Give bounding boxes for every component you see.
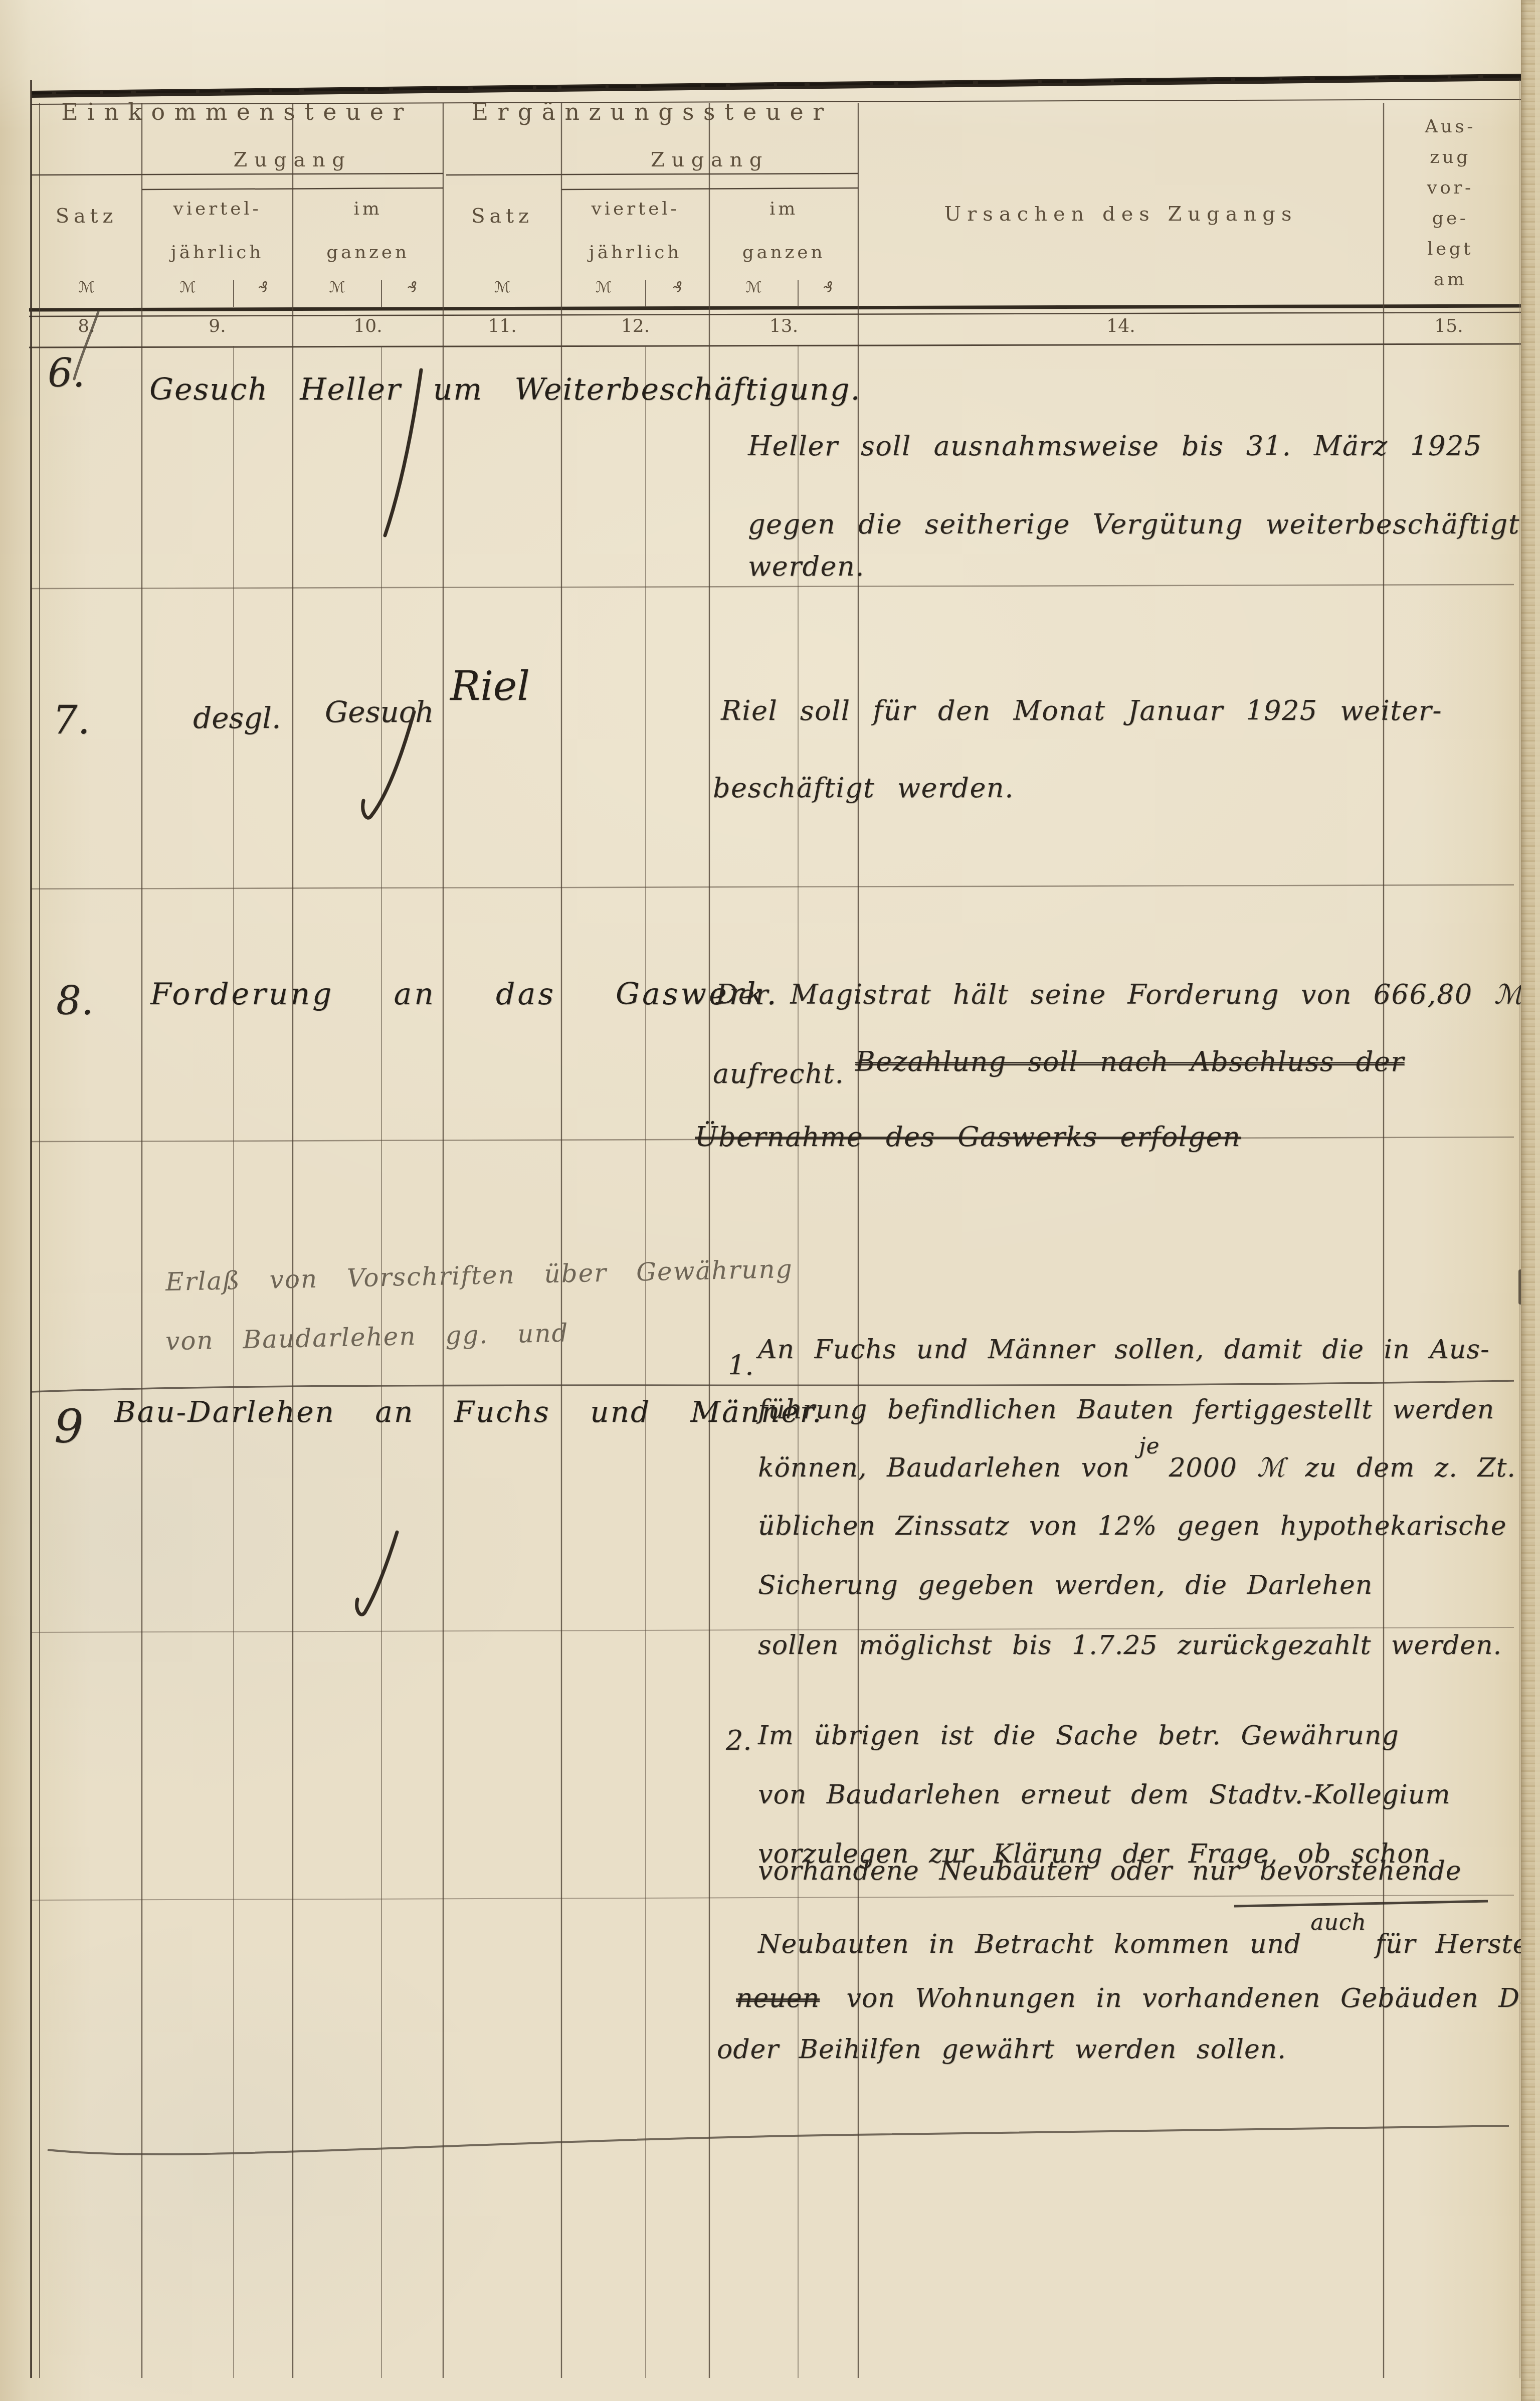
column-number-11: 11. [443,316,561,336]
row9-item2-line5: Neubauten in Betracht kommen undauchfür … [758,1929,1540,1959]
pfennig-symbol: ₰ [798,279,858,296]
item1-line3-end: 2000 ℳ zu dem z. Zt. [1169,1453,1516,1483]
row6-cause-line2: gegen die seitherige Vergütung weiterbes… [748,508,1520,540]
row9-item1-line2: führung befindlichen Bauten fertiggestel… [758,1395,1494,1425]
row-separator [31,885,1514,889]
header-vierteljaehrlich-2: viertel- jährlich [561,199,709,263]
row9-pencil-note-line1: Erlaß von Vorschriften über Gewährung [165,1254,794,1297]
header-zugang-2: Zugang [561,148,858,171]
row9-item2-marker: 2. [726,1725,752,1756]
viertel-line1: viertel- [561,199,709,219]
item2-line5-end: für Herstellung [1376,1929,1540,1959]
header-einkommensteuer: Einkommensteuer [31,98,443,125]
group2-underline [446,173,858,175]
item1-line3-insert: je [1139,1433,1160,1459]
auszug-line: zug [1387,142,1514,172]
item2-line6-struck: neuen [736,1983,820,2013]
row6-entry: Gesuch Heller um Weiterbeschäftigung. [149,372,861,407]
row9-item1-marker: 1. [728,1350,754,1381]
row6-number: 6. [48,351,85,396]
viertel-line1: viertel- [142,199,293,219]
row7-entry-word: Gesuch [325,695,434,729]
column-number-8: 8. [31,316,142,336]
row7-entry-name: Riel [450,663,530,709]
row9-item2-line6: neuen von Wohnungen in vorhandenen Gebäu… [736,1983,1540,2013]
mark-symbol: ℳ [293,279,381,296]
item2-line5-start: Neubauten in Betracht kommen und [758,1929,1301,1959]
auszug-line: Aus- [1387,111,1514,142]
row9-item2-line2: von Baudarlehen erneut dem Stadtv.-Kolle… [758,1780,1450,1810]
item2-line6-rest: von Wohnungen in vorhandenen Gebäuden Da… [847,1983,1540,2013]
ganzen-line1: im [709,199,858,219]
zugang2-underline [561,188,858,190]
item2-line5-insert: auch [1310,1910,1367,1935]
row7-cause-line2: beschäftigt werden. [713,772,1014,804]
mark-symbol: ℳ [709,279,798,296]
row6-cause-line1: Heller soll ausnahmsweise bis 31. März 1… [748,430,1482,462]
row8-cause-line2-struck: Bezahlung soll nach Abschluss der [855,1046,1404,1077]
mark-symbol: ℳ [142,279,234,296]
top-heavy-rule [31,77,1524,94]
auszug-line: vor- [1387,172,1514,203]
pfennig-symbol: ₰ [381,279,443,296]
header-satz-2: Satz [443,205,561,228]
item1-line3-start: können, Baudarlehen von [758,1453,1130,1483]
row8-cause-line1: Der Magistrat hält seine Forderung von 6… [716,979,1524,1010]
column-number-9: 9. [142,316,293,336]
mark-symbol: ℳ [561,279,646,296]
top-heavy-rule-texture [31,76,1524,93]
header-auszug: Aus- zug vor- ge- legt am [1387,111,1514,295]
header-satz-1: Satz [31,205,142,228]
row9-item1-line3: können, Baudarlehen vonje2000 ℳ zu dem z… [758,1453,1516,1483]
row9-item2-line7: oder Beihilfen gewährt werden sollen. [717,2035,1286,2065]
header-heavy-rule [29,306,1524,310]
row8-entry: Forderung an das Gaswerk. [150,977,779,1012]
row9-number: 9 [54,1400,84,1453]
header-vierteljaehrlich-1: viertel- jährlich [142,199,293,263]
row8-cause-line2a: aufrecht. [713,1058,844,1089]
ganzen-line1: im [293,199,443,219]
mark-symbol: ℳ [31,279,142,296]
numbers-row-rule [29,344,1524,347]
row6-cause-line3: werden. [748,550,865,582]
tax-register-page: Einkommensteuer Ergänzungssteuer Zugang … [0,0,1540,2401]
row7-cause-line1: Riel soll für den Monat Januar 1925 weit… [721,695,1442,726]
row9-item2-line1: Im übrigen ist die Sache betr. Gewährung [758,1721,1399,1751]
row-separator [31,1895,1514,1900]
row9-item1-line6: sollen möglichst bis 1.7.25 zurückgezahl… [758,1630,1502,1660]
header-ursachen: Ursachen des Zugangs [858,203,1384,226]
row7-entry-ditto: desgl. [193,701,281,735]
row8-cause-line3-struck: Übernahme des Gaswerks erfolgen [695,1121,1241,1153]
column-number-12: 12. [561,316,709,336]
column-number-15: 15. [1384,316,1514,336]
column-number-10: 10. [293,316,443,336]
underline-stroke [1234,1901,1488,1906]
zugang1-underline [142,188,443,190]
group1-underline [31,173,443,175]
row8-number: 8. [56,979,93,1024]
viertel-line2: jährlich [142,242,293,263]
column-number-13: 13. [709,316,858,336]
pfennig-symbol: ₰ [646,279,709,296]
column-number-14: 14. [858,316,1384,336]
viertel-line2: jährlich [561,242,709,263]
page-right-edge-outer [1535,0,1540,2401]
row-separator-wavy [48,2126,1509,2154]
row9-item1-line4: üblichen Zinssatz von 12% gegen hypothek… [758,1511,1507,1541]
ganzen-line2: ganzen [293,242,443,263]
row7-number: 7. [53,698,90,743]
auszug-line: legt [1387,234,1514,264]
auszug-line: am [1387,264,1514,295]
auszug-line: ge- [1387,203,1514,234]
row9-check-stroke-icon [357,1532,397,1614]
row9-entry: Bau-Darlehen an Fuchs und Männer. [114,1395,823,1429]
header-ergaenzungssteuer: Ergänzungssteuer [446,98,858,125]
row9-item1-line1: An Fuchs und Männer sollen, damit die in… [758,1335,1490,1365]
ganzen-line2: ganzen [709,242,858,263]
header-imganzen-1: im ganzen [293,199,443,263]
mark-symbol: ℳ [443,279,561,296]
row9-item2-line4: vorhandene Neubauten oder nur bevorstehe… [758,1856,1462,1886]
row9-pencil-note-line2: von Baudarlehen gg. und [165,1319,569,1356]
row9-item1-line5: Sicherung gegeben werden, die Darlehen [758,1570,1373,1600]
pfennig-symbol: ₰ [234,279,293,296]
row-separator [31,585,1514,589]
header-zugang-1: Zugang [142,148,443,171]
row-separator-wavy [31,1381,1514,1392]
header-imganzen-2: im ganzen [709,199,858,263]
